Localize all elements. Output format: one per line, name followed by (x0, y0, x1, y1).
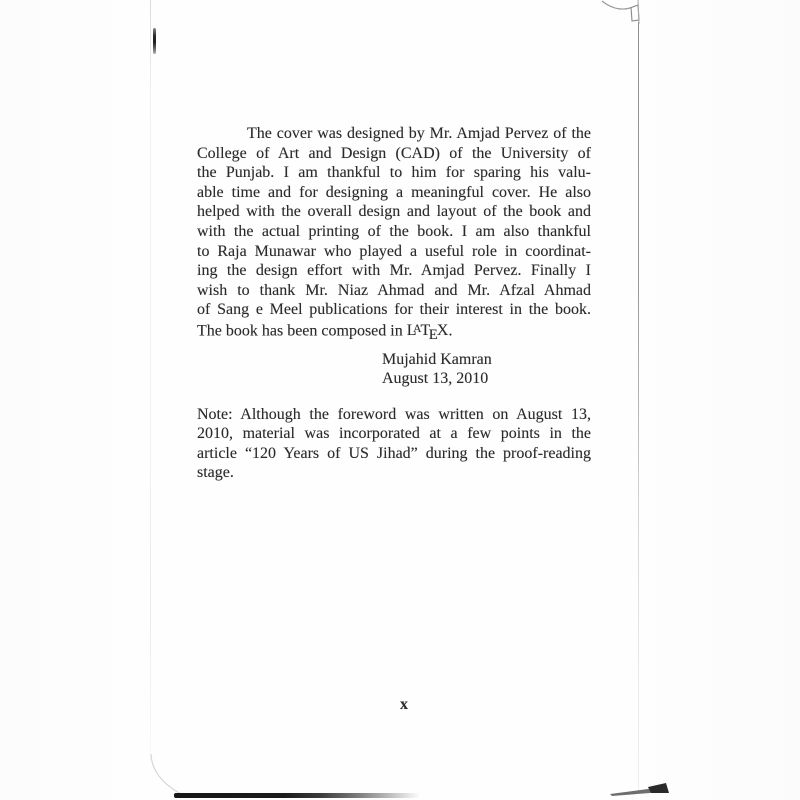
last-line-text: The book has been composed in (197, 322, 407, 339)
text-line: able time and for designing a meaningful… (197, 183, 591, 203)
bottom-right-ink-mark (608, 783, 678, 800)
text-line: helped with the overall design and layou… (197, 202, 591, 222)
left-edge-ink-mark (153, 28, 156, 54)
sentence-period: . (448, 322, 452, 339)
text-line: College of Art and Design (CAD) of the U… (197, 144, 591, 164)
text-line: of Sang e Meel publications for their in… (197, 300, 591, 320)
text-line: ing the design effort with Mr. Amjad Per… (197, 261, 591, 281)
note-paragraph: Note: Although the foreword was written … (197, 405, 591, 483)
text-line: the Punjab. I am thankful to him for spa… (197, 163, 591, 183)
text-line: wish to thank Mr. Niaz Ahmad and Mr. Afz… (197, 281, 591, 301)
bottom-scan-ink-bar (174, 793, 420, 798)
text-line: The cover was designed by Mr. Amjad Perv… (197, 124, 591, 144)
top-right-corner-curl (598, 0, 646, 28)
signature-name: Mujahid Kamran (382, 350, 591, 370)
text-line: Note: Although the foreword was written … (197, 405, 591, 425)
latex-logo: LATEX (407, 322, 449, 339)
left-page-edge-line (150, 0, 151, 762)
text-line: stage. (197, 463, 591, 483)
text-line: to Raja Munawar who played a useful role… (197, 242, 591, 262)
foreword-text-block: The cover was designed by Mr. Amjad Perv… (197, 124, 591, 483)
text-line: 2010, material was incorporated at a few… (197, 424, 591, 444)
text-line: with the actual printing of the book. I … (197, 222, 591, 242)
text-line: article “120 Years of US Jihad” during t… (197, 444, 591, 464)
page-number: x (197, 696, 591, 714)
right-page-edge-line (638, 22, 639, 792)
text-line-with-latex-logo: The book has been composed in LATEX. (197, 320, 591, 346)
signature-block: Mujahid Kamran August 13, 2010 (382, 350, 591, 389)
signature-date: August 13, 2010 (382, 369, 591, 389)
scanned-book-page: The cover was designed by Mr. Amjad Perv… (0, 0, 800, 800)
